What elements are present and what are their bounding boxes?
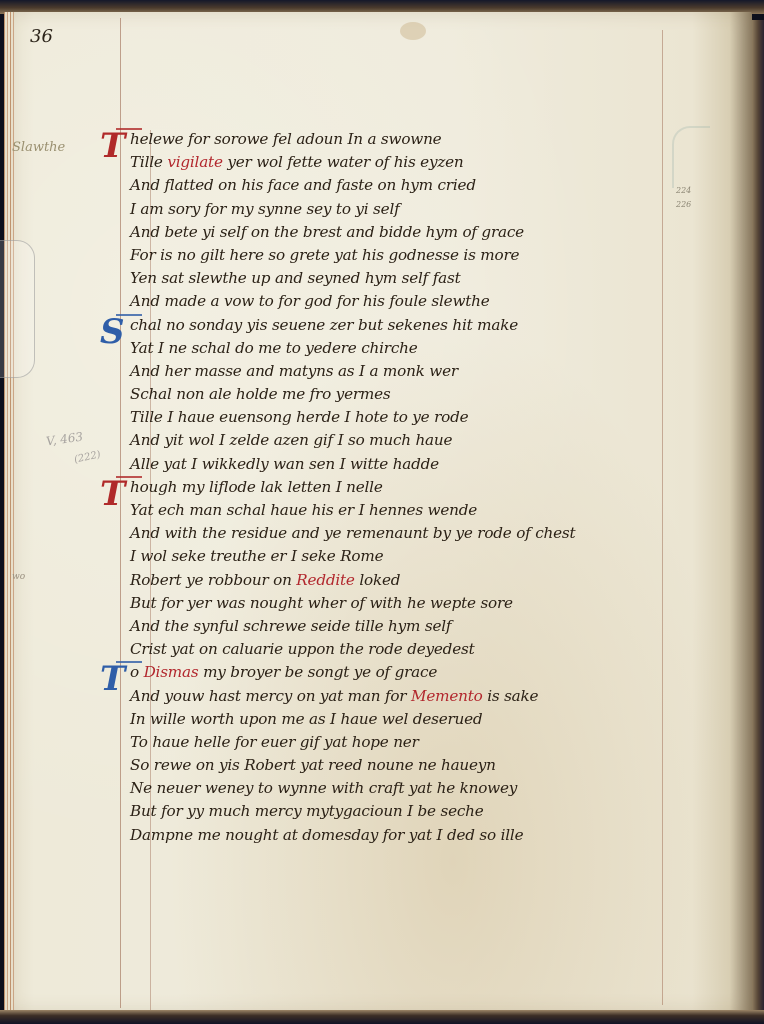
line-text: Yen sat slewthe up and seyned hym self f… xyxy=(130,269,460,287)
manuscript-line: And with the residue and ye remenaunt by… xyxy=(130,522,710,545)
page-clip-icon xyxy=(0,240,35,378)
line-text: And yit wol I zelde azen gif I so much h… xyxy=(130,431,452,449)
manuscript-line: Crist yat on caluarie uppon the rode dey… xyxy=(130,638,710,661)
line-text: Alle yat I wikkedly wan sen I witte hadd… xyxy=(130,455,439,473)
manuscript-line: Schal non ale holde me fro yermes xyxy=(130,383,710,406)
line-text: o xyxy=(130,663,144,681)
line-text: I wol seke treuthe er I seke Rome xyxy=(130,547,383,565)
line-text-continued: my broyer be songt ye of grace xyxy=(198,663,437,681)
line-text: And youw hast mercy on yat man for xyxy=(130,687,411,705)
line-text: Tille xyxy=(130,153,167,171)
manuscript-line: Robert ye robbour on Reddite loked xyxy=(130,569,710,592)
manuscript-line: To haue helle for euer gif yat hope ner xyxy=(130,731,710,754)
line-text: And the synful schrewe seide tille hym s… xyxy=(130,617,451,635)
manuscript-line: Dampne me nought at domesday for yat I d… xyxy=(130,824,710,847)
decorated-initial: T xyxy=(100,474,124,514)
line-text: And flatted on his face and faste on hym… xyxy=(130,176,476,194)
line-text-continued: yer wol fette water of his eyzen xyxy=(223,153,464,171)
manuscript-line: Schal no sonday yis seuene zer but seken… xyxy=(130,314,710,337)
line-text: But for yer was nought wher of with he w… xyxy=(130,594,513,612)
line-text: Crist yat on caluarie uppon the rode dey… xyxy=(130,640,474,658)
manuscript-line: Though my liflode lak letten I nelle xyxy=(130,476,710,499)
manuscript-line: Thelewe for sorowe fel adoun In a swowne xyxy=(130,128,710,151)
decorated-initial: S xyxy=(100,312,124,352)
line-text: And made a vow to for god for his foule … xyxy=(130,292,490,310)
manuscript-line: And the synful schrewe seide tille hym s… xyxy=(130,615,710,638)
rubric-word: vigilate xyxy=(167,153,222,171)
manuscript-line: Tille vigilate yer wol fette water of hi… xyxy=(130,151,710,174)
line-text: In wille worth upon me as I haue wel des… xyxy=(130,710,482,728)
manuscript-line: Yat I ne schal do me to yedere chirche xyxy=(130,337,710,360)
manuscript-line: And flatted on his face and faste on hym… xyxy=(130,174,710,197)
line-text: Ne neuer weney to wynne with craft yat h… xyxy=(130,779,517,797)
line-text: Schal non ale holde me fro yermes xyxy=(130,385,391,403)
manuscript-line: For is no gilt here so grete yat his god… xyxy=(130,244,710,267)
line-text: For is no gilt here so grete yat his god… xyxy=(130,246,519,264)
folio-number: 36 xyxy=(30,26,53,47)
line-text-continued: loked xyxy=(355,571,401,589)
manuscript-line: But for yy much mercy mytygacioun I be s… xyxy=(130,800,710,823)
line-text: Dampne me nought at domesday for yat I d… xyxy=(130,826,523,844)
rubric-word: Dismas xyxy=(144,663,199,681)
manuscript-line: And bete yi self on the brest and bidde … xyxy=(130,221,710,244)
line-text: And her masse and matyns as I a monk wer xyxy=(130,362,458,380)
margin-note-sloth: Slawthe xyxy=(12,140,65,155)
rubric-word: Memento xyxy=(411,687,483,705)
line-text: Yat ech man schal haue his er I hennes w… xyxy=(130,501,477,519)
parchment-stain xyxy=(400,22,426,40)
line-text-continued: is sake xyxy=(483,687,539,705)
manuscript-line: And her masse and matyns as I a monk wer xyxy=(130,360,710,383)
line-text: Robert ye robbour on xyxy=(130,571,296,589)
line-text: I am sory for my synne sey to yi self xyxy=(130,200,400,218)
manuscript-line: In wille worth upon me as I haue wel des… xyxy=(130,708,710,731)
page-edge-left xyxy=(4,12,14,1012)
manuscript-line: Yat ech man schal haue his er I hennes w… xyxy=(130,499,710,522)
line-text: To haue helle for euer gif yat hope ner xyxy=(130,733,419,751)
manuscript-line: And yit wol I zelde azen gif I so much h… xyxy=(130,429,710,452)
manuscript-line: Ne neuer weney to wynne with craft yat h… xyxy=(130,777,710,800)
manuscript-line: And made a vow to for god for his foule … xyxy=(130,290,710,313)
line-text: Yat I ne schal do me to yedere chirche xyxy=(130,339,418,357)
manuscript-line: Alle yat I wikkedly wan sen I witte hadd… xyxy=(130,453,710,476)
page-edge-right xyxy=(752,20,764,1010)
binding-bottom-edge xyxy=(0,1010,764,1024)
manuscript-line: Tille I haue euensong herde I hote to ye… xyxy=(130,406,710,429)
manuscript-line: To Dismas my broyer be songt ye of grace xyxy=(130,661,710,684)
manuscript-line: I wol seke treuthe er I seke Rome xyxy=(130,545,710,568)
line-text: chal no sonday yis seuene zer but sekene… xyxy=(130,316,518,334)
manuscript-line: I am sory for my synne sey to yi self xyxy=(130,198,710,221)
manuscript-line: But for yer was nought wher of with he w… xyxy=(130,592,710,615)
line-text: helewe for sorowe fel adoun In a swowne xyxy=(130,130,441,148)
manuscript-line: Yen sat slewthe up and seyned hym self f… xyxy=(130,267,710,290)
manuscript-line: And youw hast mercy on yat man for Memen… xyxy=(130,685,710,708)
line-text: And with the residue and ye remenaunt by… xyxy=(130,524,575,542)
manuscript-line: So rewe on yis Robert yat reed noune ne … xyxy=(130,754,710,777)
line-text: But for yy much mercy mytygacioun I be s… xyxy=(130,802,484,820)
line-text: hough my liflode lak letten I nelle xyxy=(130,478,383,496)
decorated-initial: T xyxy=(100,659,124,699)
line-text: So rewe on yis Robert yat reed noune ne … xyxy=(130,756,496,774)
line-text: Tille I haue euensong herde I hote to ye… xyxy=(130,408,468,426)
manuscript-text-block: Thelewe for sorowe fel adoun In a swowne… xyxy=(130,128,710,847)
margin-note-small: wo xyxy=(12,572,25,582)
line-text: And bete yi self on the brest and bidde … xyxy=(130,223,524,241)
rubric-word: Reddite xyxy=(296,571,354,589)
decorated-initial: T xyxy=(100,126,124,166)
